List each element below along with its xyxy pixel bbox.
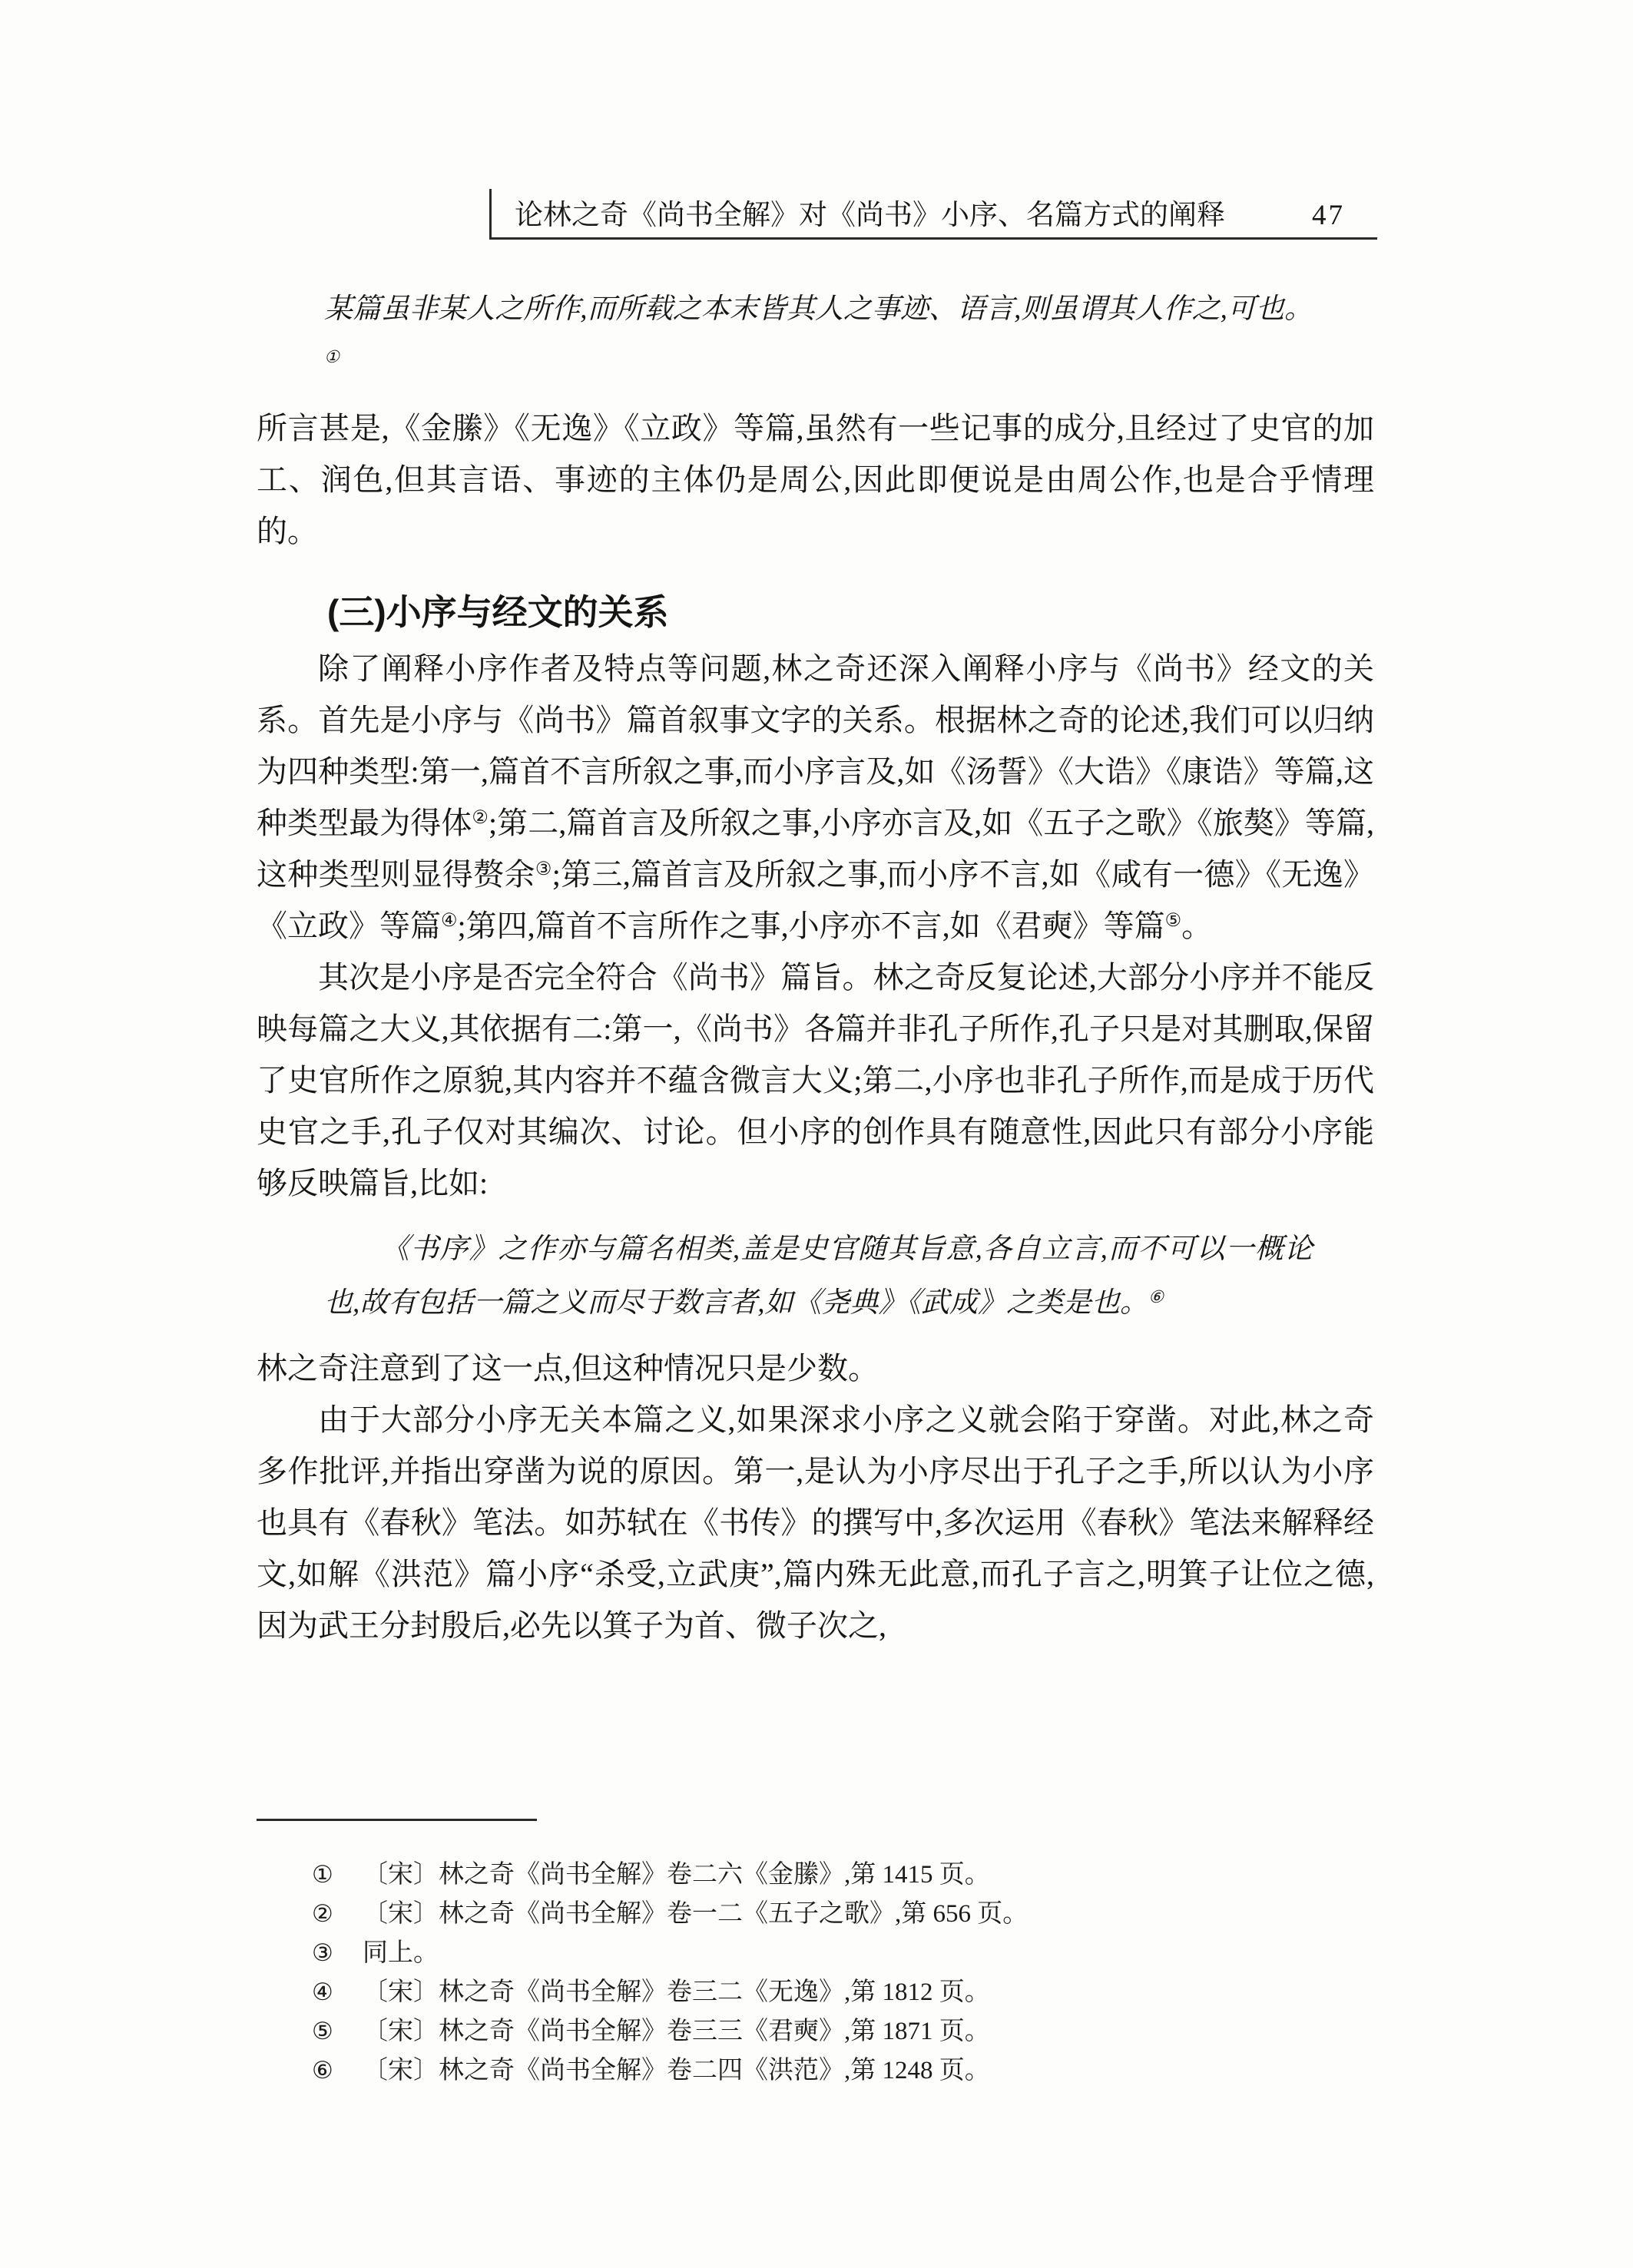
paragraph-remark: 林之奇注意到了这一点,但这种情况只是少数。 bbox=[257, 1343, 1374, 1394]
footnote-5-text: 〔宋〕林之奇《尚书全解》卷三三《君奭》,第 1871 页。 bbox=[363, 2018, 1374, 2045]
footnotes-section: ① 〔宋〕林之奇《尚书全解》卷二六《金縢》,第 1415 页。 ② 〔宋〕林之奇… bbox=[257, 1819, 1374, 2096]
paragraph-criticism: 由于大部分小序无关本篇之义,如果深求小序之义就会陷于穿凿。对此,林之奇多作批评,… bbox=[257, 1394, 1374, 1651]
footnote-4: ④ 〔宋〕林之奇《尚书全解》卷三二《无逸》,第 1812 页。 bbox=[257, 1978, 1374, 2006]
footnote-1: ① 〔宋〕林之奇《尚书全解》卷二六《金縢》,第 1415 页。 bbox=[257, 1861, 1374, 1889]
footnote-4-text: 〔宋〕林之奇《尚书全解》卷三二《无逸》,第 1812 页。 bbox=[363, 1978, 1374, 2006]
footnote-5-marker: ⑤ bbox=[312, 2018, 363, 2045]
running-head-title: 论林之奇《尚书全解》对《尚书》小序、名篇方式的阐释 bbox=[515, 200, 1225, 231]
footnote-6-marker: ⑥ bbox=[312, 2057, 363, 2084]
paragraph-four-types: 除了阐释小序作者及特点等问题,林之奇还深入阐释小序与《尚书》经文的关系。首先是小… bbox=[257, 643, 1374, 952]
footnote-2-text: 〔宋〕林之奇《尚书全解》卷一二《五子之歌》,第 656 页。 bbox=[363, 1900, 1374, 1928]
footnote-3: ③ 同上。 bbox=[257, 1939, 1374, 1967]
block-quote-1: 某篇虽非某人之所作,而所载之本末皆其人之事迹、语言,则虽谓其人作之,可也。① bbox=[324, 283, 1313, 390]
page-number: 47 bbox=[1312, 200, 1345, 231]
footnote-1-marker: ① bbox=[312, 1861, 363, 1889]
footnote-4-marker: ④ bbox=[312, 1978, 363, 2006]
paragraph-commentary: 所言甚是,《金縢》《无逸》《立政》等篇,虽然有一些记事的成分,且经过了史官的加工… bbox=[257, 402, 1374, 557]
scanned-page: 论林之奇《尚书全解》对《尚书》小序、名篇方式的阐释 47 某篇虽非某人之所作,而… bbox=[0, 0, 1633, 2268]
footnote-3-marker: ③ bbox=[312, 1939, 363, 1967]
running-head: 论林之奇《尚书全解》对《尚书》小序、名篇方式的阐释 47 bbox=[489, 189, 1377, 240]
paragraph-second-point: 其次是小序是否完全符合《尚书》篇旨。林之奇反复论述,大部分小序并不能反映每篇之大… bbox=[257, 952, 1374, 1209]
footnote-5: ⑤ 〔宋〕林之奇《尚书全解》卷三三《君奭》,第 1871 页。 bbox=[257, 2018, 1374, 2045]
footnote-3-text: 同上。 bbox=[363, 1939, 1374, 1967]
block-quote-2: 《书序》之作亦与篇名相类,盖是史官随其旨意,各自立言,而不可以一概论也,故有包括… bbox=[324, 1223, 1313, 1330]
body-content: 某篇虽非某人之所作,而所载之本末皆其人之事迹、语言,则虽谓其人作之,可也。① 所… bbox=[257, 269, 1374, 1651]
footnote-6-text: 〔宋〕林之奇《尚书全解》卷二四《洪范》,第 1248 页。 bbox=[363, 2057, 1374, 2084]
footnote-separator bbox=[257, 1819, 537, 1821]
footnote-2: ② 〔宋〕林之奇《尚书全解》卷一二《五子之歌》,第 656 页。 bbox=[257, 1900, 1374, 1928]
footnote-1-text: 〔宋〕林之奇《尚书全解》卷二六《金縢》,第 1415 页。 bbox=[363, 1861, 1374, 1889]
footnote-2-marker: ② bbox=[312, 1900, 363, 1928]
section-heading: (三)小序与经文的关系 bbox=[257, 591, 1374, 634]
footnote-6: ⑥ 〔宋〕林之奇《尚书全解》卷二四《洪范》,第 1248 页。 bbox=[257, 2057, 1374, 2084]
